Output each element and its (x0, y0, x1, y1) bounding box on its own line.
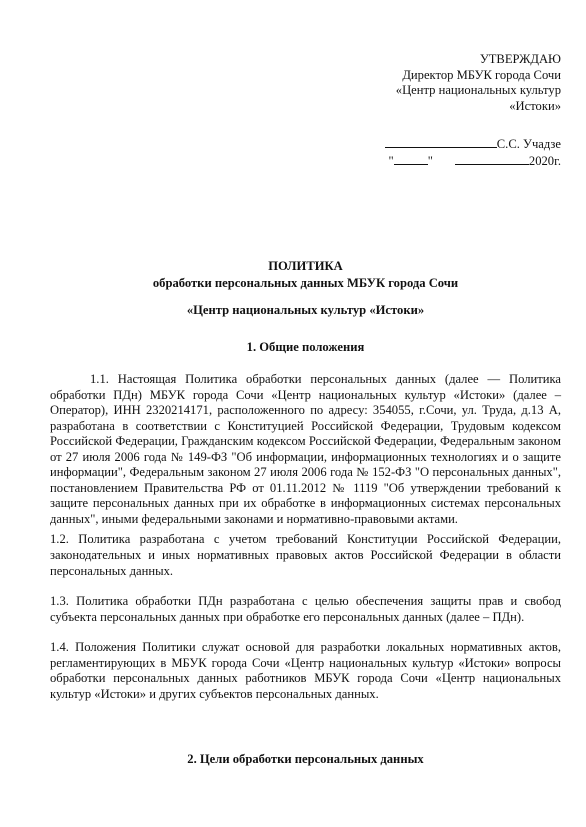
section-heading-2: 2. Цели обработки персональных данных (50, 752, 561, 767)
section-1-body: 1.1. Настоящая Политика обработки персон… (50, 372, 561, 702)
title-main: ПОЛИТИКА (50, 258, 561, 275)
approval-org-line-2: «Истоки» (396, 99, 561, 115)
signature-line: С.С. Учадзе (385, 136, 561, 153)
day-blank (394, 153, 428, 165)
section-heading-1: 1. Общие положения (50, 340, 561, 355)
signatory-name: С.С. Учадзе (497, 137, 561, 151)
approval-block: УТВЕРЖДАЮ Директор МБУК города Сочи «Цен… (396, 52, 561, 114)
title-org: «Центр национальных культур «Истоки» (50, 302, 561, 319)
date-line: "" 2020г. (385, 153, 561, 170)
signature-block: С.С. Учадзе "" 2020г. (385, 136, 561, 169)
year: 2020г. (529, 154, 561, 168)
paragraph-1-4: 1.4. Положения Политики служат основой д… (50, 640, 561, 702)
month-blank (455, 153, 529, 165)
title-subtitle: обработки персональных данных МБУК город… (50, 275, 561, 292)
signature-blank (385, 136, 497, 148)
approval-heading: УТВЕРЖДАЮ (396, 52, 561, 68)
paragraph-1-1: 1.1. Настоящая Политика обработки персон… (50, 372, 561, 527)
approval-position: Директор МБУК города Сочи (396, 68, 561, 84)
paragraph-1-2: 1.2. Политика разработана с учетом требо… (50, 532, 561, 579)
paragraph-1-3: 1.3. Политика обработки ПДн разработана … (50, 594, 561, 625)
document-title: ПОЛИТИКА обработки персональных данных М… (50, 258, 561, 319)
approval-org-line-1: «Центр национальных культур (396, 83, 561, 99)
